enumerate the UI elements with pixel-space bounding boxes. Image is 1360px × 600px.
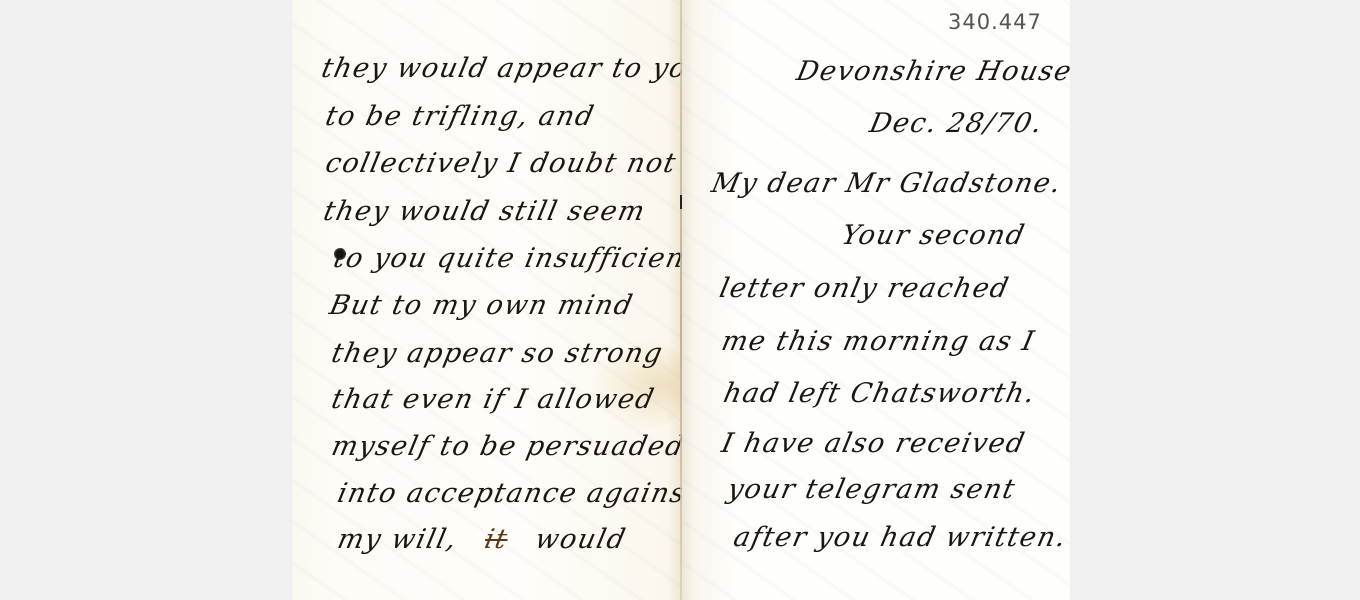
right-page: Devonshire House Dec. 28/70. My dear Mr …: [682, 0, 1070, 600]
struck-word: it: [482, 524, 511, 555]
left-line-3: collectively I doubt not: [323, 150, 679, 177]
date-line: Dec. 28/70.: [867, 110, 1046, 137]
right-line-1: Your second: [839, 222, 1028, 249]
left-line-7: they appear so strong: [329, 340, 666, 367]
left-line-8: that even if I allowed: [329, 386, 657, 413]
right-line-3: me this morning as I: [719, 328, 1037, 355]
left-line-11-text: my will,: [335, 524, 461, 555]
left-line-4: they would still seem: [321, 198, 648, 225]
left-line-6: But to my own mind: [327, 292, 636, 319]
address-line: Devonshire House: [794, 58, 1070, 85]
right-line-4: had left Chatsworth.: [721, 380, 1038, 407]
catalog-number: 340.447: [948, 10, 1042, 34]
left-line-11: my will, it would: [335, 526, 629, 553]
right-line-7: after you had written.: [731, 524, 1069, 551]
left-line-5: to you quite insufficient.: [331, 245, 710, 272]
left-page: they would appear to you to be trifling,…: [292, 0, 682, 600]
left-line-2: to be trifling, and: [323, 103, 597, 130]
left-line-10: into acceptance against: [335, 480, 701, 507]
right-line-6: your telegram sent: [725, 476, 1018, 503]
right-line-5: I have also received: [719, 430, 1028, 457]
document-viewer: they would appear to you to be trifling,…: [0, 0, 1360, 600]
right-line-2: letter only reached: [717, 275, 1012, 302]
letter-scan: they would appear to you to be trifling,…: [292, 0, 1070, 600]
left-line-9: myself to be persuaded: [329, 433, 687, 460]
salutation: My dear Mr Gladstone.: [709, 170, 1064, 197]
left-line-1: they would appear to you: [319, 55, 709, 82]
left-line-11-end: would: [532, 524, 629, 555]
